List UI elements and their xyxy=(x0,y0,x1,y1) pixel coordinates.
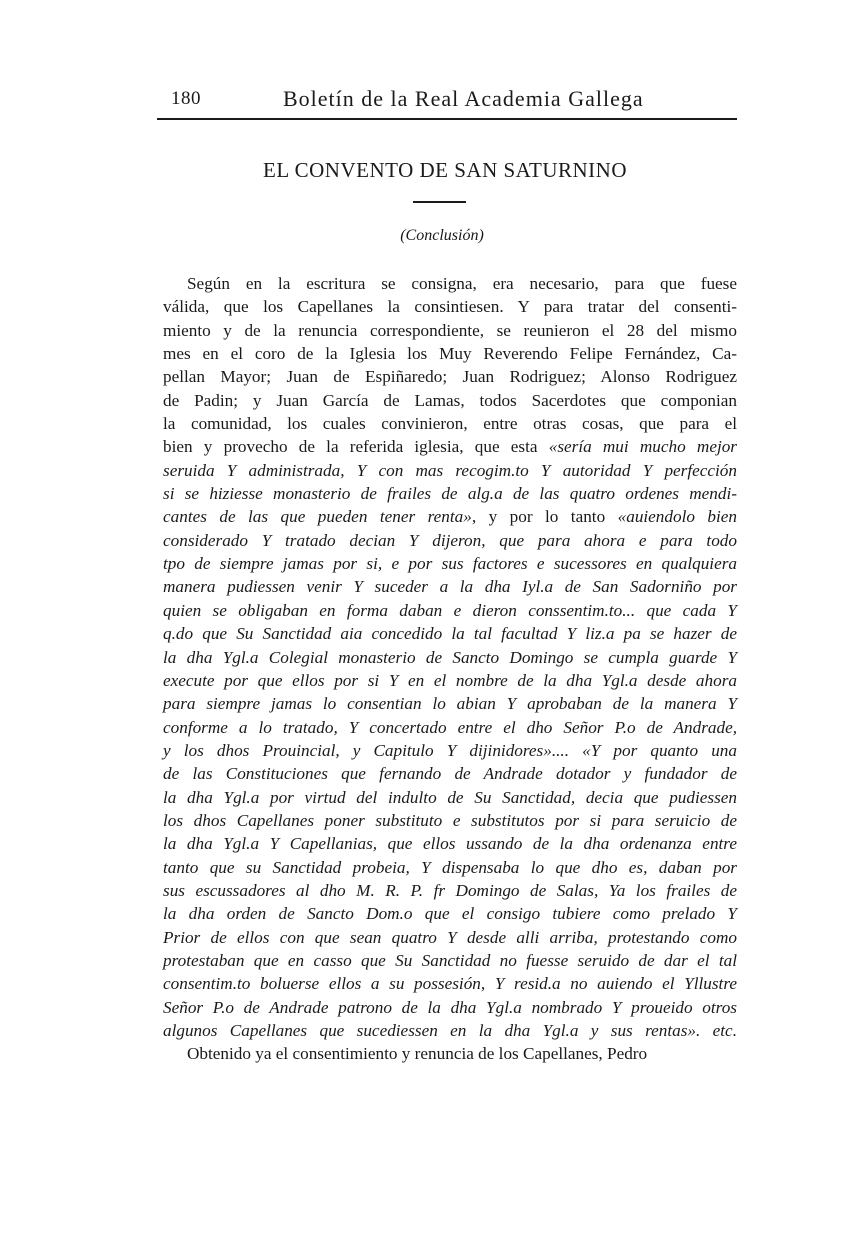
text-line: manera pudiessen venir Y suceder a la dh… xyxy=(163,575,737,598)
text-line: cantes de las que pueden tener renta», y… xyxy=(163,505,737,528)
document-page: 180 Boletín de la Real Academia Gallega … xyxy=(0,0,850,1240)
text-line: Señor P.o de Andrade patrono de la dha Y… xyxy=(163,996,737,1019)
text-line: consentim.to boluerse ellos a su possesi… xyxy=(163,972,737,995)
text-line: seruida Y administrada, Y con mas recogi… xyxy=(163,459,737,482)
text-line: mes en el coro de la Iglesia los Muy Rev… xyxy=(163,342,737,365)
header-rule xyxy=(157,118,737,120)
text-line: de Padin; y Juan García de Lamas, todos … xyxy=(163,389,737,412)
text-line: Obtenido ya el consentimiento y renuncia… xyxy=(163,1042,737,1065)
text-line: protestaban que en casso que Su Sanctida… xyxy=(163,949,737,972)
text-line: la dha Ygl.a Y Capellanias, que ellos us… xyxy=(163,832,737,855)
text-line: Según en la escritura se consigna, era n… xyxy=(163,272,737,295)
text-line: los dhos Capellanes poner substituto e s… xyxy=(163,809,737,832)
page-number: 180 xyxy=(171,88,201,110)
text-line: y los dhos Prouincial, y Capitulo Y diji… xyxy=(163,739,737,762)
article-subtitle: (Conclusión) xyxy=(0,227,850,245)
page-header: 180 Boletín de la Real Academia Gallega xyxy=(171,86,739,116)
text-line: de las Constituciones que fernando de An… xyxy=(163,762,737,785)
text-line: quien se obligaban en forma daban e dier… xyxy=(163,599,737,622)
text-line: para siempre jamas lo consentian lo abia… xyxy=(163,692,737,715)
body-text: Según en la escritura se consigna, era n… xyxy=(163,272,737,1066)
text-line: la comunidad, los cuales convinieron, en… xyxy=(163,412,737,435)
text-line: si se hiziesse monasterio de frailes de … xyxy=(163,482,737,505)
article-title: EL CONVENTO DE SAN SATURNINO xyxy=(0,158,850,183)
text-line: la dha orden de Sancto Dom.o que el cons… xyxy=(163,902,737,925)
text-line: algunos Capellanes que sucediessen en la… xyxy=(163,1019,737,1042)
running-title: Boletín de la Real Academia Gallega xyxy=(283,86,644,112)
text-line: considerado Y tratado decian Y dijeron, … xyxy=(163,529,737,552)
text-line: válida, que los Capellanes la consinties… xyxy=(163,295,737,318)
text-line: execute por que ellos por si Y en el nom… xyxy=(163,669,737,692)
text-line: tpo de siempre jamas por si, e por sus f… xyxy=(163,552,737,575)
text-line: conforme a lo tratado, Y concertado entr… xyxy=(163,716,737,739)
text-line: sus escussadores al dho M. R. P. fr Domi… xyxy=(163,879,737,902)
text-line: miento y de la renuncia correspondiente,… xyxy=(163,319,737,342)
text-line: q.do que Su Sanctidad aia concedido la t… xyxy=(163,622,737,645)
text-line: la dha Ygl.a por virtud del indulto de S… xyxy=(163,786,737,809)
text-line: pellan Mayor; Juan de Espiñaredo; Juan R… xyxy=(163,365,737,388)
text-line: Prior de ellos con que sean quatro Y des… xyxy=(163,926,737,949)
text-line: tanto que su Sanctidad probeia, Y dispen… xyxy=(163,856,737,879)
title-rule xyxy=(413,201,466,203)
text-line: la dha Ygl.a Colegial monasterio de Sanc… xyxy=(163,646,737,669)
text-line: bien y provecho de la referida iglesia, … xyxy=(163,435,737,458)
